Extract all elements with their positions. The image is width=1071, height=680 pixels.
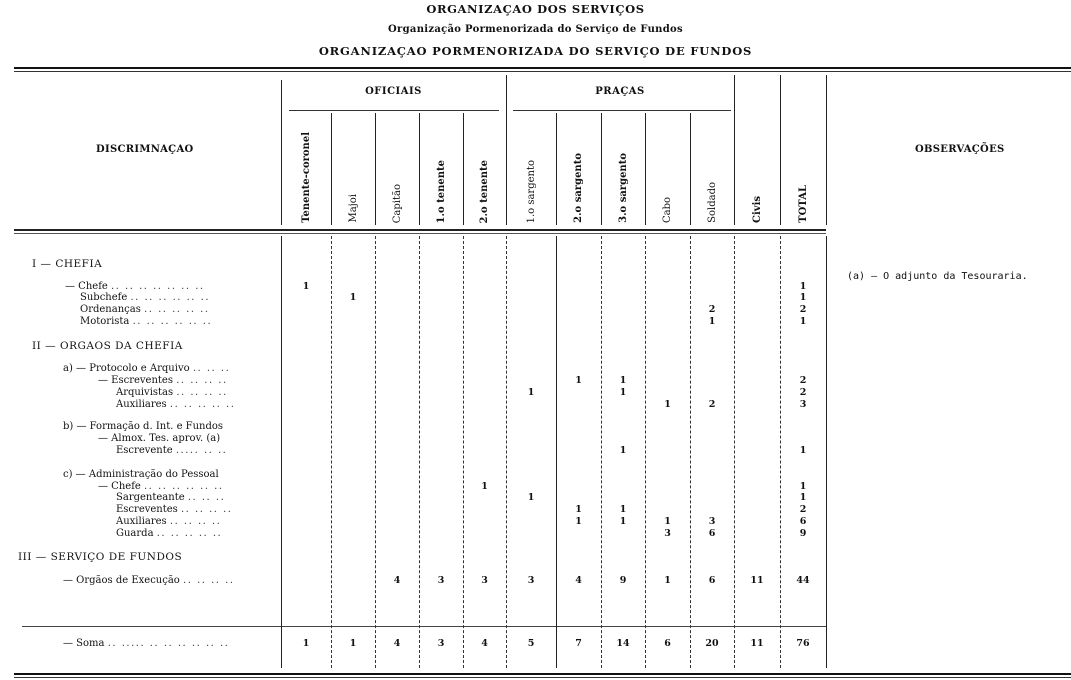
table-cell: 1 [645, 399, 690, 410]
col-label: 2.o tenente [479, 160, 490, 223]
table-cell: 6 [780, 516, 826, 527]
pracas-rule [513, 110, 731, 111]
col-divider [645, 236, 646, 668]
table-cell: 2 [780, 387, 826, 398]
col-divider [690, 113, 691, 225]
col-2-sargento: 2.o sargento [556, 115, 601, 223]
table-cell: 1 [556, 504, 601, 515]
soma-cell: 6 [645, 638, 690, 649]
col-divider [780, 75, 781, 225]
group-oficiais: OFICIAIS [281, 86, 506, 97]
table-cell: 3 [463, 575, 506, 586]
col-divider [601, 113, 602, 225]
table-cell: 1 [556, 516, 601, 527]
col-divider [281, 236, 282, 668]
col-label: TOTAL [798, 185, 809, 223]
row-label: Guarda .. .. .. .. .. [116, 528, 222, 539]
table-cell: 2 [690, 399, 734, 410]
col-divider [331, 113, 332, 225]
soma-cell: 1 [331, 638, 375, 649]
col-label: 1.o tenente [436, 160, 447, 223]
table-cell: 6 [690, 528, 734, 539]
col-divider [556, 113, 557, 225]
table-cell: 3 [419, 575, 463, 586]
table-cell: 1 [645, 516, 690, 527]
subsection-formacao: b) — Formação d. Int. e Fundos [63, 421, 223, 432]
row-label: Ordenanças .. .. .. .. .. [80, 304, 210, 315]
soma-cell: 76 [780, 638, 826, 649]
table-cell: 4 [556, 575, 601, 586]
table-cell: 2 [780, 504, 826, 515]
top-rule [14, 67, 1071, 69]
col-divider [734, 75, 735, 225]
oficiais-rule [289, 110, 499, 111]
section-servico-de-fundos: III — SERVIÇO DE FUNDOS [18, 551, 182, 563]
soma-cell: 14 [601, 638, 645, 649]
table-cell: 1 [331, 292, 375, 303]
table-cell: 1 [506, 492, 556, 503]
table-cell: 2 [780, 304, 826, 315]
row-label: Escreventes .. .. .. .. [116, 504, 232, 515]
row-label: — Chefe .. .. .. .. .. .. .. [65, 281, 205, 292]
row-label: Auxiliares .. .. .. .. [116, 516, 221, 527]
table-cell: 3 [780, 399, 826, 410]
col-divider [690, 236, 691, 668]
col-label: Tenente-coronel [301, 132, 312, 223]
row-label: — Chefe .. .. .. .. .. .. [98, 481, 224, 492]
col-tenente-coronel: Tenente-coronel [281, 115, 331, 223]
table-cell: 1 [601, 445, 645, 456]
group-pracas: PRAÇAS [506, 86, 734, 97]
table-cell: 1 [780, 316, 826, 327]
col-capitao: Capitão [375, 115, 419, 223]
row-label: Sargenteante .. .. .. [116, 492, 225, 503]
col-label: 3.o sargento [618, 153, 629, 223]
col-divider [645, 113, 646, 225]
col-divider [419, 113, 420, 225]
col-divider [281, 80, 282, 225]
bottom-rule-thin [14, 677, 1071, 678]
col-2-tenente: 2.o tenente [463, 115, 506, 223]
row-label: — Escreventes .. .. .. .. [98, 375, 228, 386]
col-civis: Civis [734, 115, 780, 223]
col-label: Cabo [662, 197, 673, 223]
col-label: Capitão [392, 184, 403, 223]
col-total: TOTAL [780, 115, 826, 223]
col-1-tenente: 1.o tenente [419, 115, 463, 223]
table-cell: 1 [601, 516, 645, 527]
soma-cell: 7 [556, 638, 601, 649]
soma-rule [22, 626, 826, 627]
row-label: Subchefe .. .. .. .. .. .. [80, 292, 210, 303]
col-label: 2.o sargento [573, 153, 584, 223]
subsection-protocolo: a) — Protocolo e Arquivo .. .. .. [63, 363, 230, 374]
soma-cell: 5 [506, 638, 556, 649]
table-cell: 1 [463, 481, 506, 492]
col-divider [734, 236, 735, 668]
table-cell: 1 [780, 492, 826, 503]
table-title: ORGANIZAÇAO PORMENORIZADA DO SERVIÇO DE … [0, 44, 1071, 58]
observacoes-header: OBSERVAÇÕES [915, 144, 1005, 155]
col-label: 1.o sargento [526, 160, 537, 223]
col-label: Civis [752, 196, 763, 223]
table-cell: 1 [780, 481, 826, 492]
section-chefia: I — CHEFIA [32, 258, 102, 270]
table-cell: 44 [780, 575, 826, 586]
table-cell: 1 [601, 375, 645, 386]
table-cell: 1 [780, 281, 826, 292]
table-cell: 1 [645, 575, 690, 586]
col-divider [556, 236, 557, 668]
col-soldado: Soldado [690, 115, 734, 223]
table-cell: 3 [645, 528, 690, 539]
bottom-rule [14, 673, 1071, 675]
table-cell: 1 [281, 281, 331, 292]
col-divider [506, 236, 507, 668]
row-label: Motorista .. .. .. .. .. .. [80, 316, 212, 327]
row-label: Auxiliares .. .. .. .. .. [116, 399, 235, 410]
col-divider [506, 75, 507, 225]
table-cell: 9 [780, 528, 826, 539]
soma-cell: 4 [375, 638, 419, 649]
table-cell: 3 [690, 516, 734, 527]
table-cell: 1 [780, 292, 826, 303]
table-cell: 4 [375, 575, 419, 586]
table-cell: 1 [601, 387, 645, 398]
col-3-sargento: 3.o sargento [601, 115, 645, 223]
observation-note: (a) — O adjunto da Tesouraria. [847, 271, 1028, 282]
document-title: ORGANIZAÇAO DOS SERVIÇOS [0, 2, 1071, 16]
table-cell: 1 [780, 445, 826, 456]
col-major: Majoi [331, 115, 375, 223]
top-rule-thin [14, 71, 1071, 72]
header-bottom-rule-thin [14, 233, 826, 234]
subsection-administracao: c) — Administração do Pessoal [63, 469, 219, 480]
col-divider [419, 236, 420, 668]
header-bottom-rule [14, 229, 826, 231]
soma-cell: 3 [419, 638, 463, 649]
col-divider [375, 113, 376, 225]
table-cell: 1 [690, 316, 734, 327]
table-cell: 2 [690, 304, 734, 315]
row-label: — Orgãos de Execução .. .. .. .. [63, 575, 235, 586]
row-label: Escrevente ..... .. .. [116, 445, 227, 456]
table-cell: 1 [556, 375, 601, 386]
col-1-sargento: 1.o sargento [506, 115, 556, 223]
soma-cell: 11 [734, 638, 780, 649]
col-cabo: Cabo [645, 115, 690, 223]
soma-cell: 20 [690, 638, 734, 649]
table-cell: 3 [506, 575, 556, 586]
soma-cell: 4 [463, 638, 506, 649]
col-label: Soldado [707, 182, 718, 223]
section-orgaos-da-chefia: II — ORGAOS DA CHEFIA [32, 340, 183, 352]
soma-cell: 1 [281, 638, 331, 649]
table-cell: 6 [690, 575, 734, 586]
col-label: Majoi [348, 194, 359, 223]
col-divider [826, 75, 827, 225]
table-cell: 11 [734, 575, 780, 586]
document-subtitle: Organização Pormenorizada do Serviço de … [0, 24, 1071, 35]
table-cell: 9 [601, 575, 645, 586]
table-cell: 2 [780, 375, 826, 386]
discriminacao-header: DISCRIMNAÇAO [96, 144, 194, 155]
col-divider [826, 236, 827, 668]
table-cell: 1 [601, 504, 645, 515]
soma-label: — Soma .. ..... .. .. .. .. .. .. [63, 638, 229, 649]
row-label: — Almox. Tes. aprov. (a) [98, 433, 220, 444]
col-divider [463, 236, 464, 668]
col-divider [463, 113, 464, 225]
table-cell: 1 [506, 387, 556, 398]
col-divider [375, 236, 376, 668]
row-label: Arquivistas .. .. .. .. [116, 387, 228, 398]
